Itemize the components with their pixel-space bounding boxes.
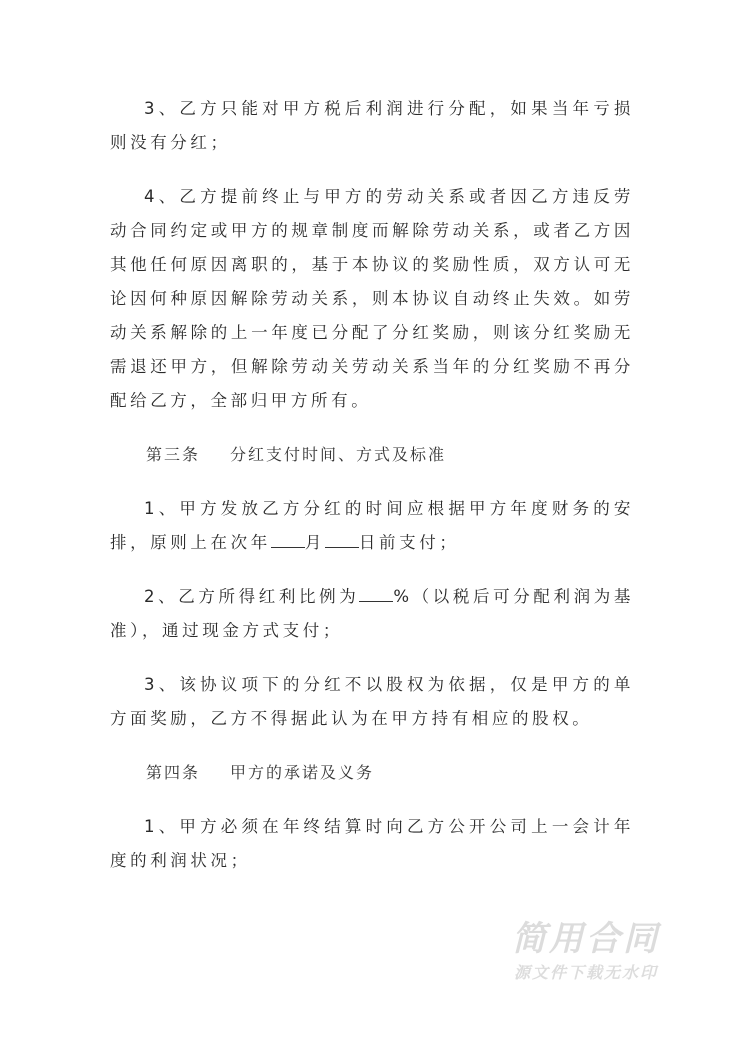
article3-item1-text-b: 日前支付； [359, 533, 460, 552]
article4-number: 第四条 [146, 763, 200, 782]
article3-title: 分红支付时间、方式及标准 [230, 445, 446, 464]
paragraph-article3-item1: 1、甲方发放乙方分红的时间应根据甲方年度财务的安排，原则上在次年月日前支付； [110, 492, 634, 560]
paragraph-article2-item4: 4、乙方提前终止与甲方的劳动关系或者因乙方违反劳动合同约定或甲方的规章制度而解除… [110, 180, 634, 418]
paragraph-article4-item1: 1、甲方必须在年终结算时向乙方公开公司上一会计年度的利润状况； [110, 810, 634, 878]
article4-title: 甲方的承诺及义务 [230, 763, 374, 782]
paragraph-article3-item2: 2、乙方所得红利比例为%（以税后可分配利润为基准），通过现金方式支付； [110, 580, 634, 648]
article3-item1-month-label: 月 [305, 533, 325, 552]
paragraph-article3-item3: 3、该协议项下的分红不以股权为依据，仅是甲方的单方面奖励，乙方不得据此认为在甲方… [110, 668, 634, 736]
watermark-subtitle: 源文件下载无水印 [514, 960, 722, 986]
document-page: 3、乙方只能对甲方税后利润进行分配，如果当年亏损则没有分红； 4、乙方提前终止与… [110, 92, 634, 878]
article3-number: 第三条 [146, 445, 200, 464]
blank-month-field[interactable] [271, 531, 305, 548]
watermark-title: 简用合同 [512, 918, 722, 960]
blank-day-field[interactable] [325, 531, 359, 548]
watermark: 简用合同 源文件下载无水印 [512, 918, 722, 986]
paragraph-article2-item3: 3、乙方只能对甲方税后利润进行分配，如果当年亏损则没有分红； [110, 92, 634, 160]
article3-heading: 第三条分红支付时间、方式及标准 [110, 438, 634, 472]
article4-heading: 第四条甲方的承诺及义务 [110, 756, 634, 790]
article3-item2-text-a: 2、乙方所得红利比例为 [144, 587, 359, 606]
blank-percentage-field[interactable] [359, 585, 393, 602]
